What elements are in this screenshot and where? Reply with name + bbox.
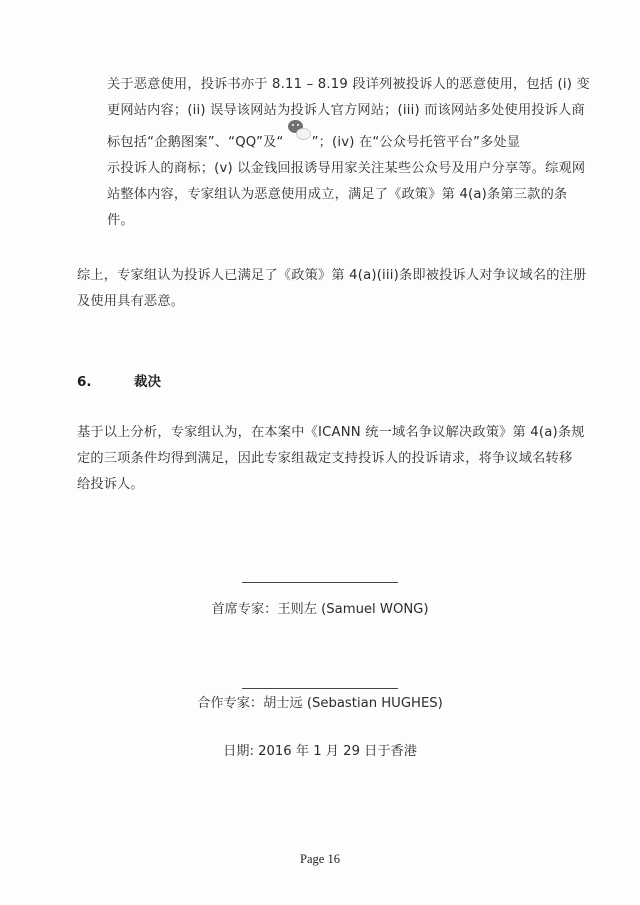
section-heading: 6.裁决 <box>77 370 161 390</box>
text-line: 更网站内容；(ii) 误导该网站为投诉人官方网站；(iii) 而该网站多处使用投… <box>107 98 567 124</box>
section-number: 6. <box>77 374 134 390</box>
wechat-logo-icon <box>286 124 310 142</box>
text-line: 基于以上分析，专家组认为，在本案中《ICANN 统一域名争议解决政策》第 4(a… <box>77 420 567 446</box>
paragraph-malicious-use: 关于恶意使用，投诉书亦于 8.11 – 8.19 段详列被投诉人的恶意使用，包括… <box>107 72 567 234</box>
text-line: 及使用具有恶意。 <box>77 289 567 315</box>
paragraph-decision: 基于以上分析，专家组认为，在本案中《ICANN 统一域名争议解决政策》第 4(a… <box>77 420 567 498</box>
text-line: 站整体内容，专家组认为恶意使用成立，满足了《政策》第 4(a)条第三款的条 <box>107 182 567 208</box>
paragraph-summary: 综上，专家组认为投诉人已满足了《政策》第 4(a)(iii)条即被投诉人对争议域… <box>77 263 567 315</box>
text-line: 件。 <box>107 208 567 234</box>
signature-line-co-expert <box>242 688 398 689</box>
text-fragment: ”；(iv) 在“公众号托管平台”多处显 <box>312 135 521 150</box>
text-line: 综上，专家组认为投诉人已满足了《政策》第 4(a)(iii)条即被投诉人对争议域… <box>77 263 567 289</box>
page-number: Page 16 <box>0 852 640 867</box>
signature-line-presiding <box>242 582 398 583</box>
decision-date: 日期: 2016 年 1 月 29 日于香港 <box>0 740 640 759</box>
text-line: 定的三项条件均得到满足，因此专家组裁定支持投诉人的投诉请求，将争议域名转移 <box>77 446 567 472</box>
text-line-with-icon: 标包括“企鹅图案”、“QQ”及“”；(iv) 在“公众号托管平台”多处显 <box>107 124 567 156</box>
presiding-expert-signature: 首席专家：王则左 (Samuel WONG) <box>0 598 640 617</box>
text-line: 关于恶意使用，投诉书亦于 8.11 – 8.19 段详列被投诉人的恶意使用，包括… <box>107 72 567 98</box>
text-line: 给投诉人。 <box>77 472 567 498</box>
text-line: 示投诉人的商标；(v) 以金钱回报诱导用家关注某些公众号及用户分享等。综观网 <box>107 156 567 182</box>
document-page: 关于恶意使用，投诉书亦于 8.11 – 8.19 段详列被投诉人的恶意使用，包括… <box>0 0 640 905</box>
section-title: 裁决 <box>134 374 161 390</box>
co-expert-signature: 合作专家：胡士远 (Sebastian HUGHES) <box>0 692 640 711</box>
text-fragment: 标包括“企鹅图案”、“QQ”及“ <box>107 135 284 150</box>
